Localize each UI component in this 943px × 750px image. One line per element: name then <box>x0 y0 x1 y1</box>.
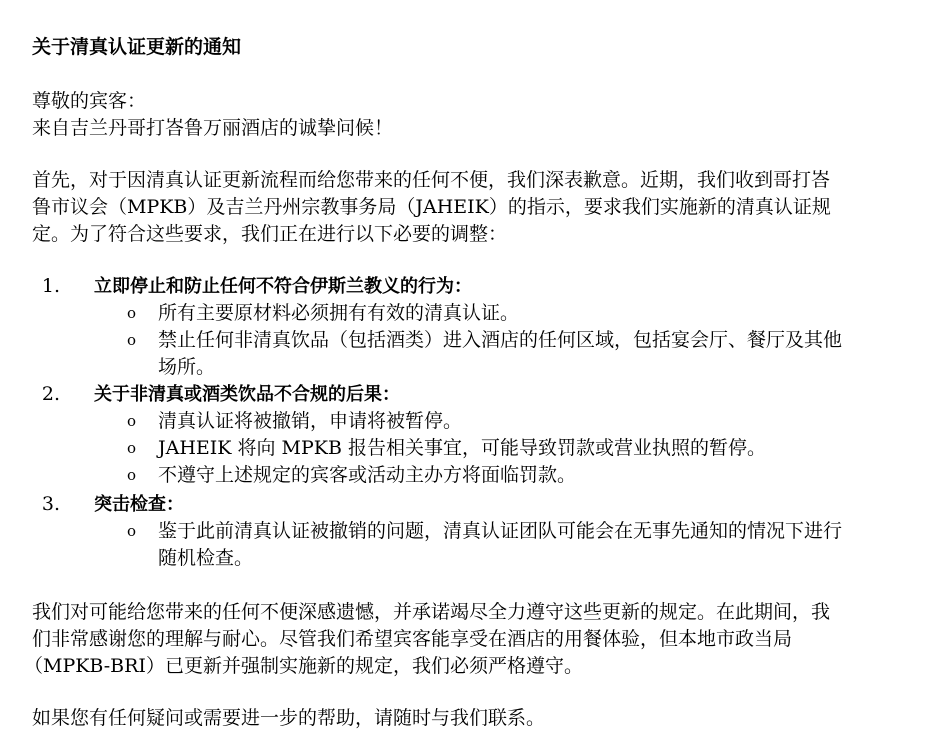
bullet-text: 鉴于此前清真认证被撤销的问题，清真认证团队可能会在无事先通知的情况下进行 <box>158 518 918 545</box>
bullet-text: 禁止任何非清真饮品（包括酒类）进入酒店的任何区域，包括宴会厅、餐厅及其他 <box>158 327 918 354</box>
item-number: 2. <box>32 381 60 408</box>
bullet-circle-icon: o <box>127 300 136 327</box>
item-number: 3. <box>32 491 60 518</box>
bullet-text: 随机检查。 <box>158 545 918 572</box>
item-heading: 关于非清真或酒类饮品不合规的后果： <box>94 381 400 408</box>
item-heading: 立即停止和防止任何不符合伊斯兰教义的行为： <box>94 273 472 300</box>
closing-line: 们非常感谢您的理解与耐心。尽管我们希望宾客能享受在酒店的用餐体验，但本地市政当局 <box>32 626 792 653</box>
bullet-circle-icon: o <box>127 435 136 462</box>
bullet-text: 清真认证将被撤销，申请将被暂停。 <box>158 408 918 435</box>
bullet-text: 所有主要原材料必须拥有有效的清真认证。 <box>158 300 918 327</box>
intro-line: 鲁市议会（MPKB）及吉兰丹州宗教事务局（JAHEIK）的指示，要求我们实施新的… <box>32 194 831 221</box>
item-heading: 突击检查： <box>94 491 184 518</box>
document-title: 关于清真认证更新的通知 <box>32 34 241 60</box>
item-number: 1. <box>32 273 60 300</box>
bullet-text: JAHEIK 将向 MPKB 报告相关事宜，可能导致罚款或营业执照的暂停。 <box>158 435 918 462</box>
closing-line: 我们对可能给您带来的任何不便深感遗憾，并承诺竭尽全力遵守这些更新的规定。在此期间… <box>32 599 830 626</box>
intro-line: 首先，对于因清真认证更新流程而给您带来的任何不便，我们深表歉意。近期，我们收到哥… <box>32 167 830 194</box>
final-line: 如果您有任何疑问或需要进一步的帮助，请随时与我们联系。 <box>32 705 545 732</box>
bullet-circle-icon: o <box>127 518 136 545</box>
bullet-circle-icon: o <box>127 327 136 354</box>
bullet-text: 场所。 <box>158 354 918 381</box>
intro-line: 定。为了符合这些要求，我们正在进行以下必要的调整： <box>32 221 507 248</box>
greeting: 尊敬的宾客： <box>32 88 146 115</box>
bullet-circle-icon: o <box>127 462 136 489</box>
closing-line: （MPKB-BRI）已更新并强制实施新的规定，我们必须严格遵守。 <box>24 653 583 680</box>
bullet-text: 不遵守上述规定的宾客或活动主办方将面临罚款。 <box>158 462 918 489</box>
bullet-circle-icon: o <box>127 408 136 435</box>
salutation: 来自吉兰丹哥打峇鲁万丽酒店的诚挚问候！ <box>32 115 393 142</box>
